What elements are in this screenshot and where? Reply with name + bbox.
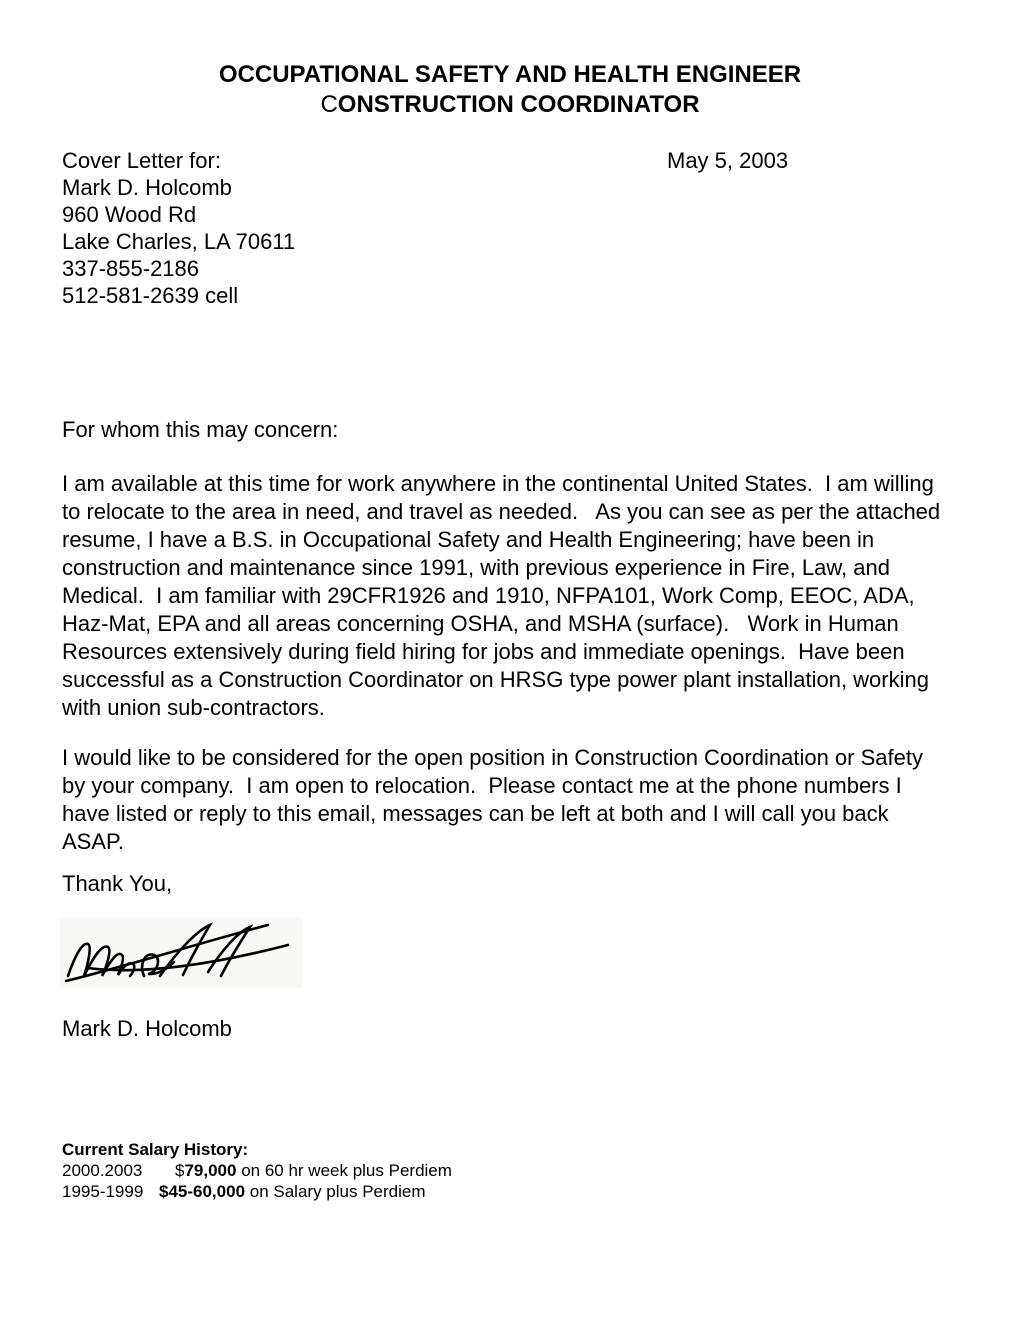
cover-letter-header-row: Cover Letter for: May 5, 2003 bbox=[62, 147, 958, 174]
signature-scrawl-icon bbox=[60, 918, 302, 988]
salary-history-row: 2000.2003$79,000 on 60 hr week plus Perd… bbox=[62, 1160, 452, 1181]
title-line-2-rest: ONSTRUCTION COORDINATOR bbox=[338, 91, 700, 118]
title-line-2: CONSTRUCTION COORDINATOR bbox=[0, 90, 1020, 120]
body-paragraph-2: I would like to be considered for the op… bbox=[62, 744, 942, 856]
title-line-2-initial: C bbox=[320, 91, 337, 118]
salary-history-heading: Current Salary History: bbox=[62, 1139, 452, 1160]
sender-cell-phone: 512-581-2639 cell bbox=[62, 282, 295, 309]
closing-line: Thank You, bbox=[62, 871, 172, 897]
sender-city: Lake Charles, LA 70611 bbox=[62, 228, 295, 255]
sender-phone: 337-855-2186 bbox=[62, 255, 295, 282]
salary-amount: $45-60,000 bbox=[159, 1182, 245, 1201]
body-paragraph-1: I am available at this time for work any… bbox=[62, 470, 942, 722]
cover-letter-page: OCCUPATIONAL SAFETY AND HEALTH ENGINEER … bbox=[0, 0, 1020, 1320]
sender-address-block: Mark D. Holcomb 960 Wood Rd Lake Charles… bbox=[62, 174, 295, 309]
salutation: For whom this may concern: bbox=[62, 417, 338, 443]
title-line-1: OCCUPATIONAL SAFETY AND HEALTH ENGINEER bbox=[0, 60, 1020, 90]
salary-years: 2000.2003 bbox=[62, 1160, 175, 1181]
salary-amount: 79,000 bbox=[184, 1161, 236, 1180]
salary-details: on 60 hr week plus Perdiem bbox=[236, 1161, 451, 1180]
cover-letter-label: Cover Letter for: bbox=[62, 148, 221, 173]
salary-years: 1995-1999 bbox=[62, 1181, 159, 1202]
salary-history-row: 1995-1999$45-60,000 on Salary plus Perdi… bbox=[62, 1181, 452, 1202]
signature-printed-name: Mark D. Holcomb bbox=[62, 1016, 232, 1042]
document-title: OCCUPATIONAL SAFETY AND HEALTH ENGINEER … bbox=[0, 60, 1020, 120]
salary-history-section: Current Salary History: 2000.2003$79,000… bbox=[62, 1139, 452, 1202]
letter-date: May 5, 2003 bbox=[667, 147, 788, 174]
sender-street: 960 Wood Rd bbox=[62, 201, 295, 228]
handwritten-signature-image bbox=[60, 918, 302, 988]
sender-name: Mark D. Holcomb bbox=[62, 174, 295, 201]
salary-details: on Salary plus Perdiem bbox=[245, 1182, 425, 1201]
